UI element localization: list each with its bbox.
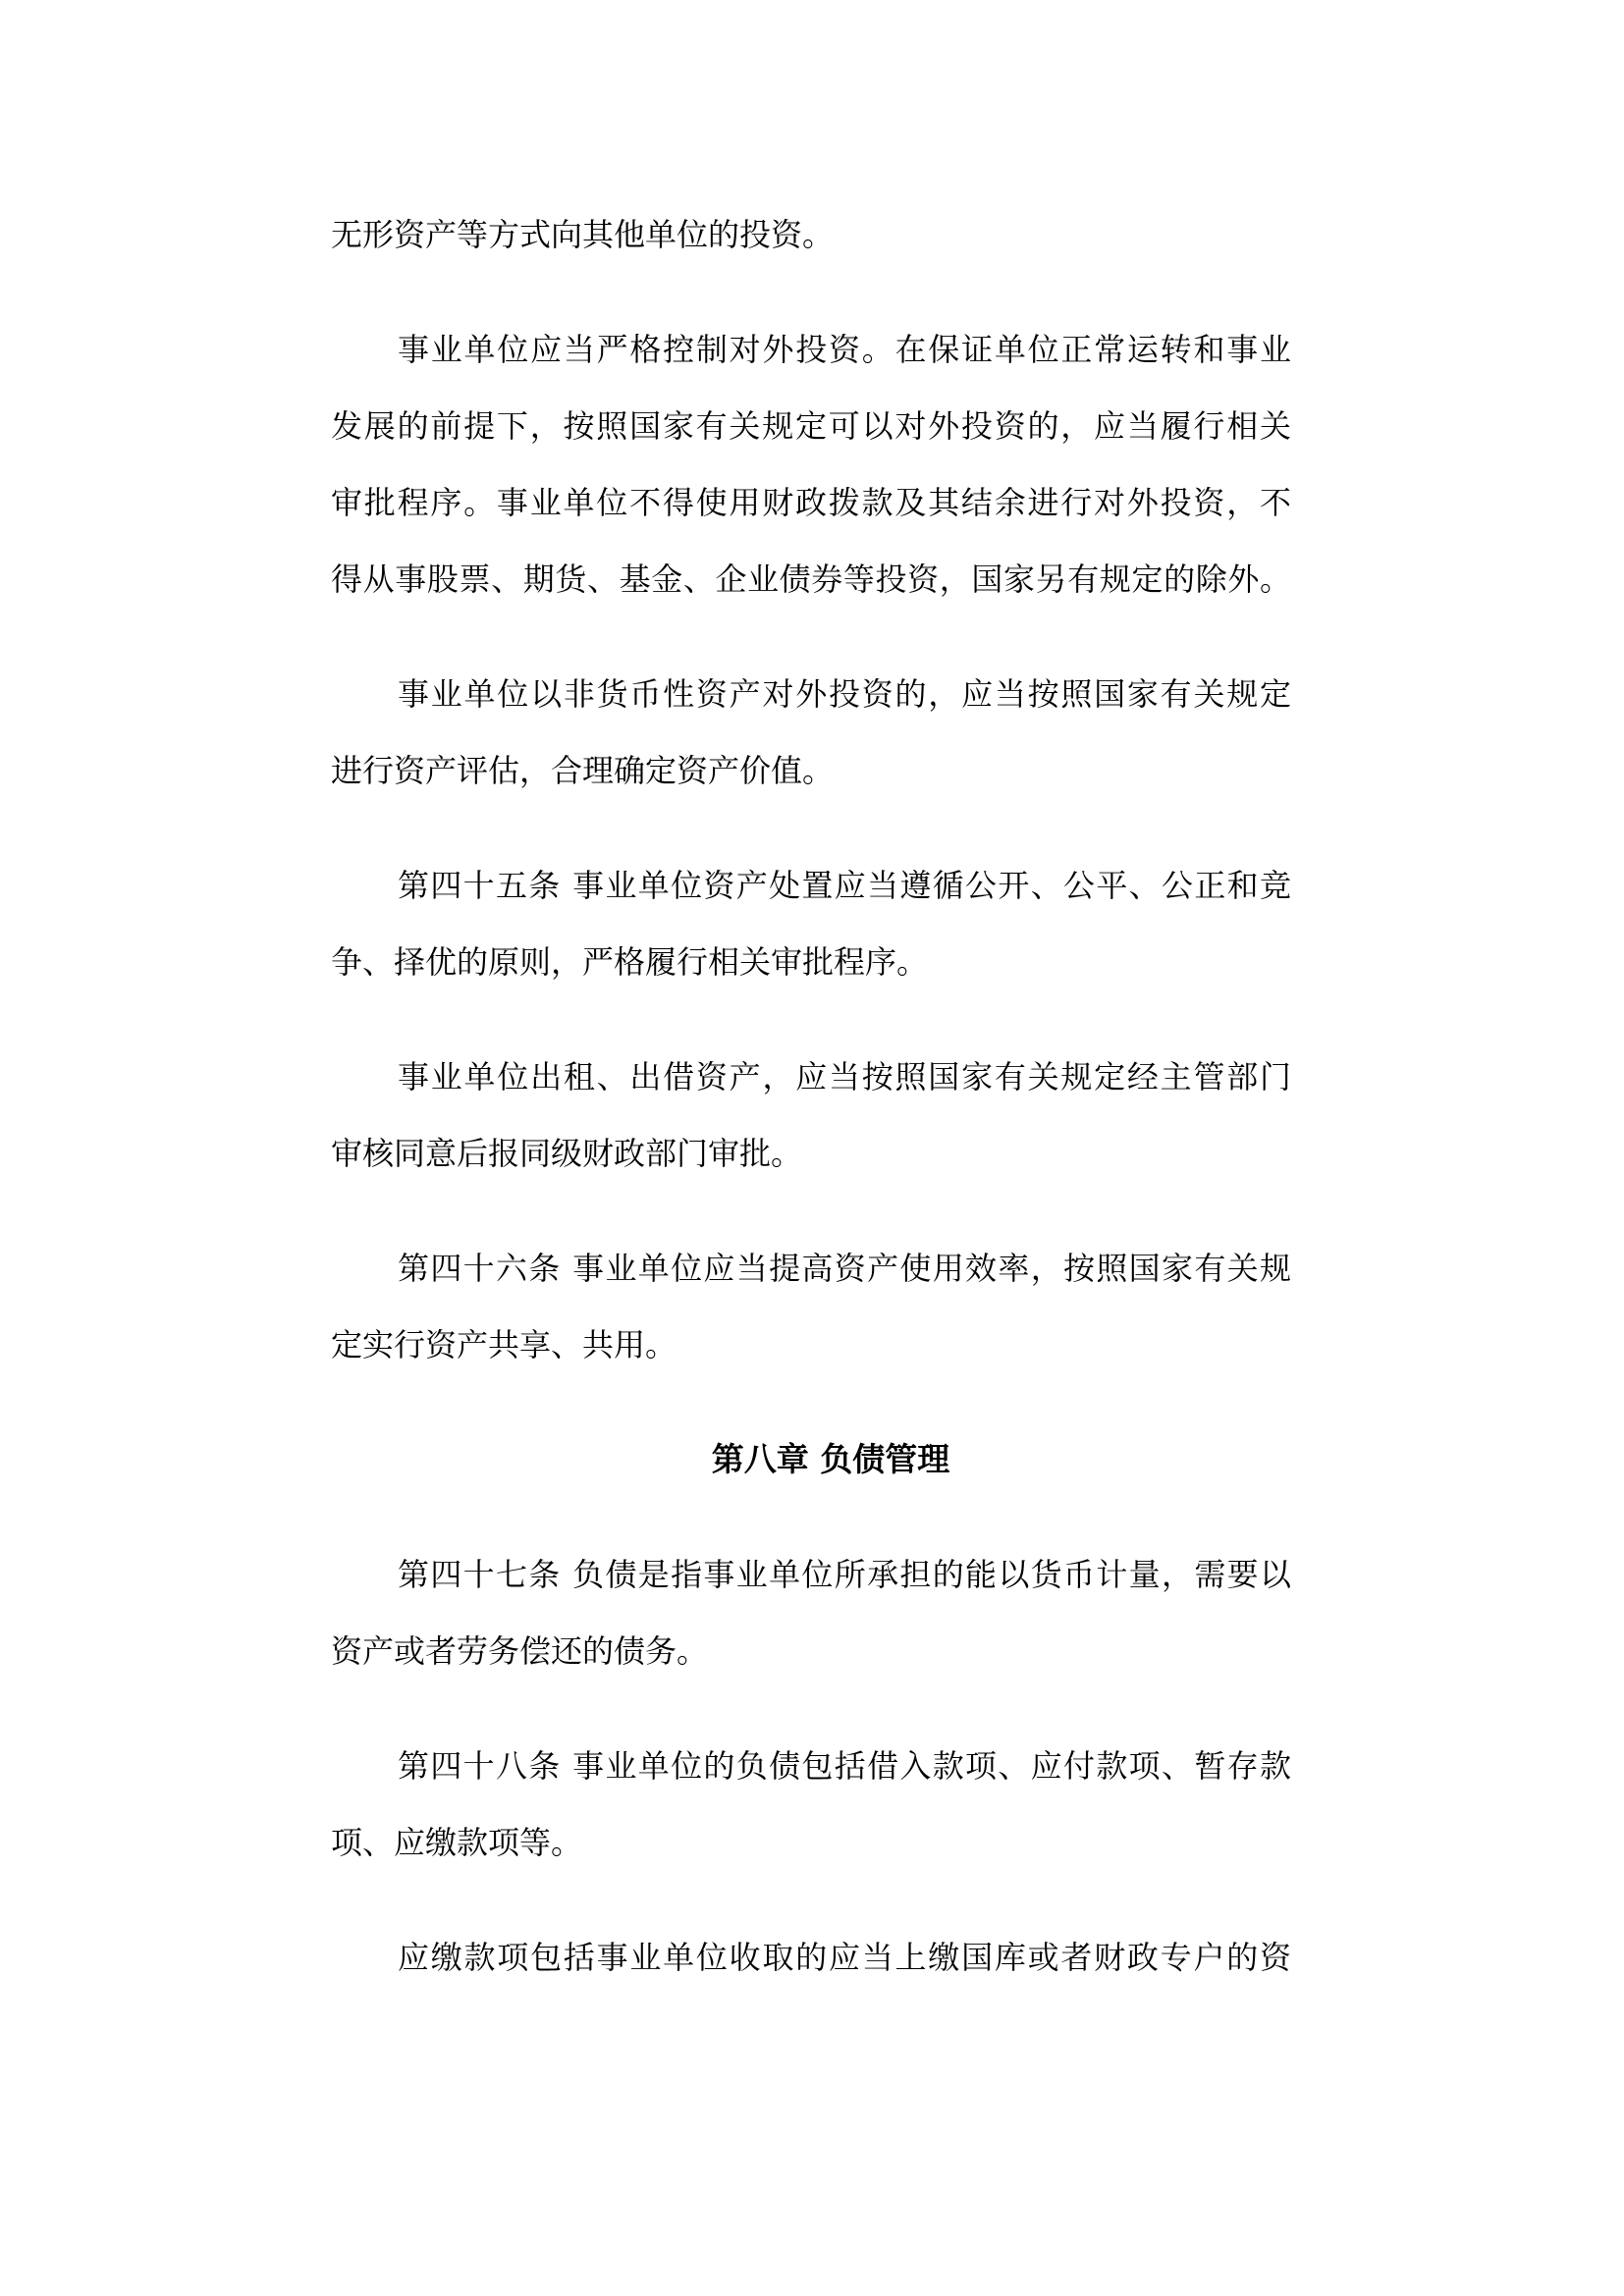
text-line: 事业单位应当严格控制对外投资。在保证单位正常运转和事业 <box>331 311 1291 388</box>
paragraph-non-monetary-investment: 事业单位以非货币性资产对外投资的，应当按照国家有关规定 进行资产评估，合理确定资… <box>331 656 1291 809</box>
paragraph-article-48: 第四十八条 事业单位的负债包括借入款项、应付款项、暂存款 项、应缴款项等。 <box>331 1728 1291 1881</box>
paragraph-asset-lease: 事业单位出租、出借资产，应当按照国家有关规定经主管部门 审核同意后报同级财政部门… <box>331 1039 1291 1192</box>
paragraph-investment-continuation: 无形资产等方式向其他单位的投资。 <box>331 196 1291 273</box>
paragraph-external-investment-control: 事业单位应当严格控制对外投资。在保证单位正常运转和事业 发展的前提下，按照国家有… <box>331 311 1291 617</box>
paragraph-article-46: 第四十六条 事业单位应当提高资产使用效率，按照国家有关规 定实行资产共享、共用。 <box>331 1230 1291 1383</box>
text-line: 第四十六条 事业单位应当提高资产使用效率，按照国家有关规 <box>331 1230 1291 1307</box>
chapter-heading: 第八章 负债管理 <box>331 1421 1291 1498</box>
text-line: 第四十五条 事业单位资产处置应当遵循公开、公平、公正和竞 <box>331 847 1291 924</box>
text-line: 审核同意后报同级财政部门审批。 <box>331 1115 1291 1192</box>
text-line: 第四十七条 负债是指事业单位所承担的能以货币计量，需要以 <box>331 1536 1291 1613</box>
text-line: 定实行资产共享、共用。 <box>331 1307 1291 1383</box>
text-line: 应缴款项包括事业单位收取的应当上缴国库或者财政专户的资 <box>331 1919 1291 1996</box>
text-line: 事业单位以非货币性资产对外投资的，应当按照国家有关规定 <box>331 656 1291 732</box>
text-line: 得从事股票、期货、基金、企业债券等投资，国家另有规定的除外。 <box>331 541 1291 617</box>
text-line: 争、择优的原则，严格履行相关审批程序。 <box>331 924 1291 1000</box>
text-line: 项、应缴款项等。 <box>331 1804 1291 1881</box>
paragraph-article-45: 第四十五条 事业单位资产处置应当遵循公开、公平、公正和竞 争、择优的原则，严格履… <box>331 847 1291 1000</box>
text-line: 无形资产等方式向其他单位的投资。 <box>331 196 1291 273</box>
text-line: 资产或者劳务偿还的债务。 <box>331 1613 1291 1689</box>
text-line: 进行资产评估，合理确定资产价值。 <box>331 732 1291 809</box>
text-line: 发展的前提下，按照国家有关规定可以对外投资的，应当履行相关 <box>331 388 1291 464</box>
document-page: 无形资产等方式向其他单位的投资。 事业单位应当严格控制对外投资。在保证单位正常运… <box>331 196 1291 2034</box>
text-line: 第四十八条 事业单位的负债包括借入款项、应付款项、暂存款 <box>331 1728 1291 1804</box>
paragraph-payable-items: 应缴款项包括事业单位收取的应当上缴国库或者财政专户的资 <box>331 1919 1291 1996</box>
text-line: 审批程序。事业单位不得使用财政拨款及其结余进行对外投资，不 <box>331 464 1291 541</box>
paragraph-article-47: 第四十七条 负债是指事业单位所承担的能以货币计量，需要以 资产或者劳务偿还的债务… <box>331 1536 1291 1689</box>
text-line: 事业单位出租、出借资产，应当按照国家有关规定经主管部门 <box>331 1039 1291 1115</box>
